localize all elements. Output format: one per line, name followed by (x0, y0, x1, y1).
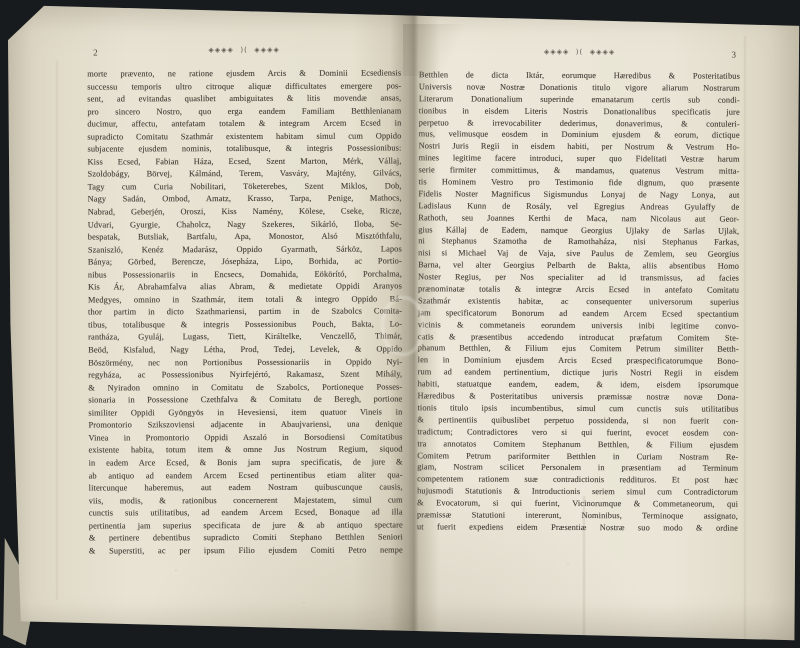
watermark (381, 296, 425, 356)
page-right: ◈◈◈◈ )( ◈◈◈◈ 3 Betthlen de dicta Iktár, … (417, 47, 740, 534)
text-line: viis, modis, & rationibus concernerent M… (89, 494, 403, 508)
text-line: Universis novæ Nostræ Donationis titulo … (419, 81, 740, 94)
text-line: Kis Ár, Abrahamfalva alias Abram, & medi… (88, 281, 402, 295)
text-line: Bánya; Görbed, Berencze, Jósepháza, Lipo… (88, 256, 402, 270)
text-line: Vinea in Promontorio Oppidi Aszaló in Bo… (88, 431, 402, 445)
page-number: 3 (732, 50, 737, 60)
text-line: tradictum; Contradictores vero si qui fu… (417, 426, 738, 439)
page-text-column: morte prævento, ne ratione ejusdem Arcis… (87, 67, 403, 557)
crease (583, 496, 585, 646)
ornament-divider: ◈◈◈◈ )( ◈◈◈◈ (87, 45, 401, 54)
text-line: morte prævento, ne ratione ejusdem Arcis… (87, 67, 401, 81)
text-line: litercunque haberemus, aut eadem Nostram… (89, 481, 403, 495)
text-line: Nabrad, Geberjén, Oroszi, Kiss Namény, K… (88, 205, 402, 219)
text-line: cunctis suis utilitatibus, ad eandem Arc… (89, 507, 403, 521)
text-line: sent, ad evitandas quaslibet ambiguitate… (87, 93, 401, 107)
text-line: Beöd, Kisfalud, Nagy Létha, Prod, Tedej,… (88, 343, 402, 357)
text-line: ab antiquo ad eandem Arcem Ecsed pertine… (89, 469, 403, 483)
text-line: Nagy Sadán, Ombod, Amatz, Krasso, Tarpa,… (88, 193, 402, 207)
text-line: Literarum Donationalium superinde emanat… (419, 93, 740, 106)
page-left: 2 ◈◈◈◈ )( ◈◈◈◈ morte prævento, ne ration… (87, 45, 403, 557)
text-line: Tagy cum Curia Nobilitari, Töketerebes, … (88, 180, 402, 194)
text-line: & pertinere debentibus supradicto Comiti… (89, 532, 403, 546)
text-line: & Superstiti, ac per ipsum Filio ejusdem… (89, 544, 403, 558)
text-line: supradicto Comitatu Szathmár existentem … (87, 130, 401, 144)
text-line: in eadem Arce Ecsed, & Bonis jam supra s… (89, 456, 403, 470)
text-line: tionibus in eisdem Literis Nostris Donat… (419, 105, 740, 118)
text-line: ducimur, affectu, antefatam totalem & in… (87, 118, 401, 132)
text-line: tra annotatos Comitem Stephanum Betthlen… (417, 438, 738, 451)
text-line: similiter Oppidi Gyöngyös in Hevesiensi,… (88, 406, 402, 420)
text-line: Böszörmény, nec non Portionibus Possessi… (88, 356, 402, 370)
text-line: tibus, totalibusque & integris Possessio… (88, 318, 402, 332)
text-line: subjacente ejusdem nominis, totalibusque… (87, 143, 401, 157)
text-line: sionaria in Possessione Czethfalva & Com… (88, 394, 402, 408)
text-line: Medgyes, omnino in Szathmár, item totali… (88, 293, 402, 307)
document-photo: 2 ◈◈◈◈ )( ◈◈◈◈ morte prævento, ne ration… (0, 0, 800, 648)
text-line: Kiss Ecsed, Fabian Háza, Ecsed, Szent Ma… (87, 155, 401, 169)
text-line: Udvari, Gyurgie, Chaholcz, Nagy Szekeres… (88, 218, 402, 232)
text-line: nibus Possessionariis in Encsecs, Domahi… (88, 268, 402, 282)
text-line: pro sincero Nostro, quo erga eandem Fami… (87, 105, 401, 119)
page-header: 2 ◈◈◈◈ )( ◈◈◈◈ (87, 45, 401, 60)
fold-shadow (403, 24, 481, 76)
document-sheet: 2 ◈◈◈◈ )( ◈◈◈◈ morte prævento, ne ration… (0, 0, 800, 648)
text-line: rantháza, Gyuláj, Lugass, Tiett, Királte… (88, 331, 402, 345)
text-line: thor partim in dicto Szathmariensi, part… (88, 306, 402, 320)
text-line: vicinis & commetaneis eorundem universis… (418, 319, 739, 332)
crease (744, 36, 746, 642)
text-line: & Nyiradon omnino in Comitatu de Szabolc… (88, 381, 402, 395)
text-line: jam specificatorum Bonorum ad eandem Arc… (418, 307, 739, 320)
text-line: & pertinentiis quibuslibet perpetuo poss… (417, 414, 738, 427)
text-line: existente habita, totum item & omne Jus … (88, 444, 402, 458)
text-line: Szaniszló, Kenéz Madarász, Oppido Gyarma… (88, 243, 402, 257)
crease (56, 60, 58, 600)
text-line: Szoldobágy, Börvej, Kálmánd, Terem, Vasv… (88, 168, 402, 182)
text-line: regyháza, ac Possessionibus Nyirfejértó,… (88, 369, 402, 383)
text-line: ut fuerit expediens eidem Præsentiæ Nost… (417, 521, 738, 534)
text-line: Ladislaus Kunn de Rosály, vel Egregius A… (418, 200, 739, 213)
page-text-column: Betthlen de dicta Iktár, eorumque Hæredi… (417, 69, 740, 534)
text-line: Promontorio Szikszoviensi adjacente in A… (88, 419, 402, 433)
text-line: Rathoth, seu Joannes Kerthi de Maca, nam… (418, 212, 739, 225)
text-line: pertinentia jam superius specificata de … (89, 519, 403, 533)
text-line: bespatak, Butsliak, Bartfalu, Apa, Monos… (88, 231, 402, 245)
text-line: successu temporis ultro citroque aliquæ … (87, 80, 401, 94)
